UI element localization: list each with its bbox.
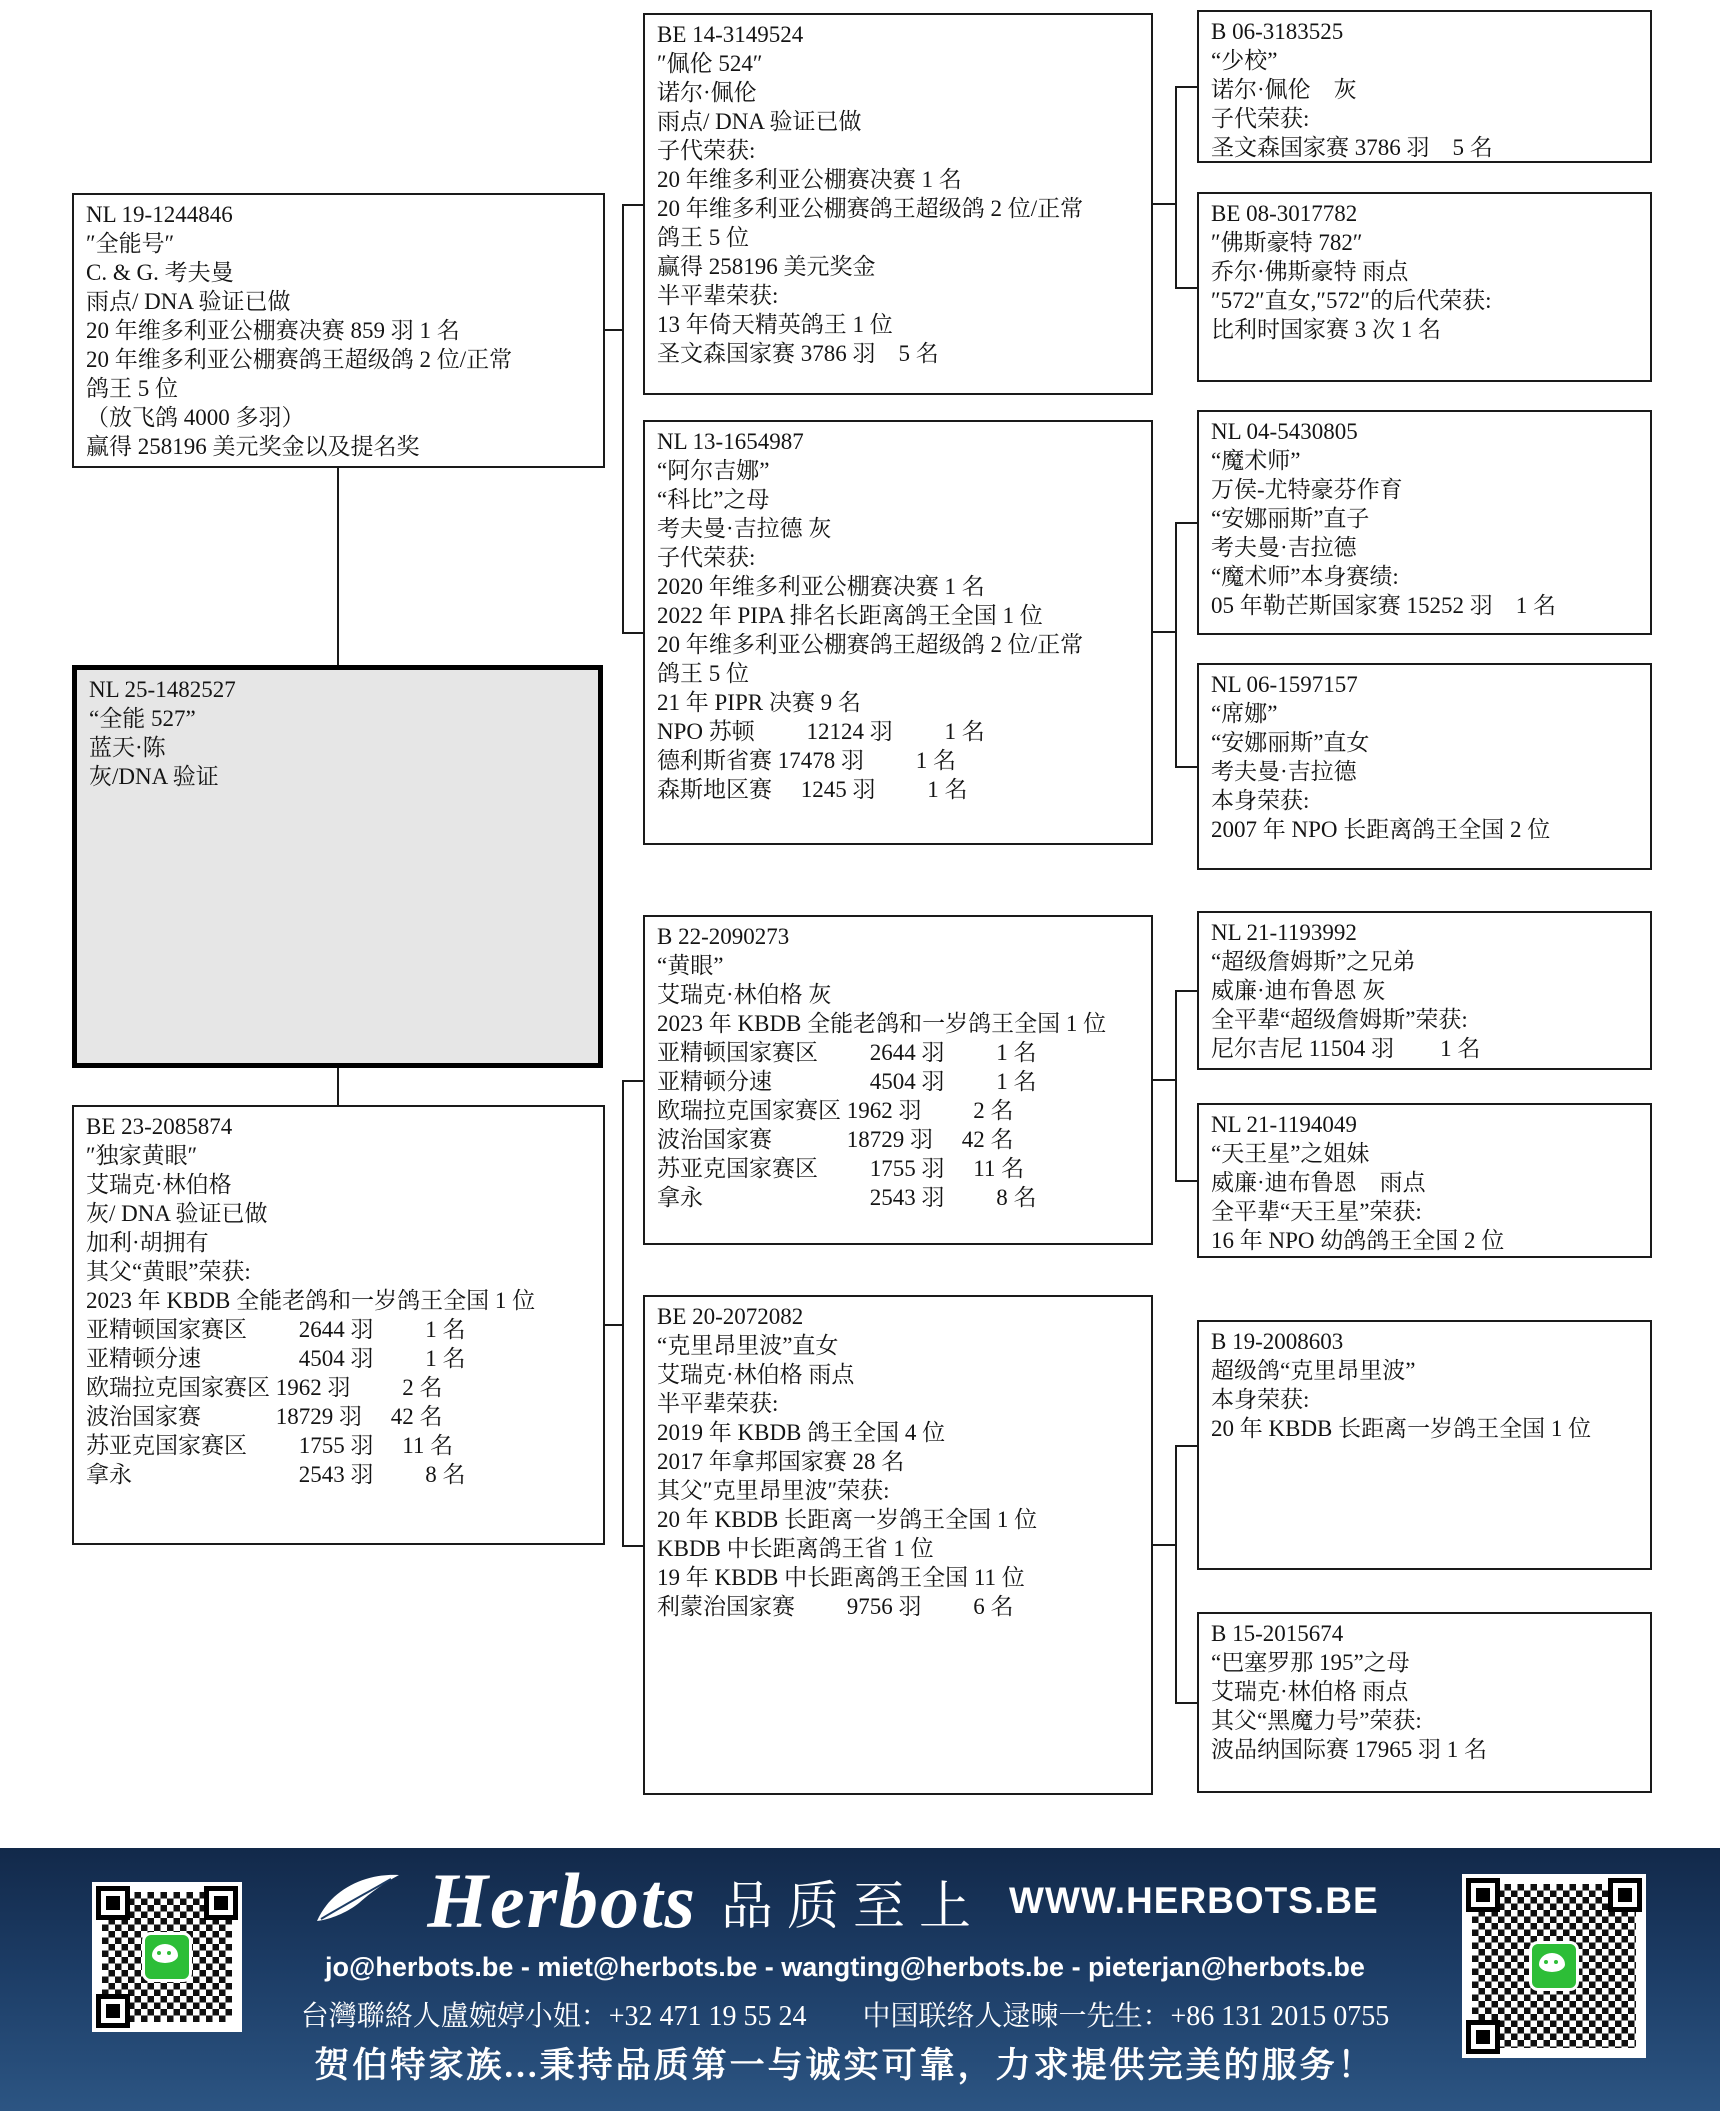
wechat-icon <box>142 1932 192 1982</box>
slogan-text: 品质至上 <box>721 1864 985 1939</box>
brand-row: Herbots 品质至上 WWW.HERBOTS.BE <box>250 1858 1440 1944</box>
text-line: 2020 年维多利亚公棚赛决赛 1 名 <box>657 572 1141 601</box>
connector-line <box>1175 990 1177 1182</box>
text-line: 2017 年拿邦国家赛 28 名 <box>657 1447 1141 1476</box>
text-line: 20 年 KBDB 长距离一岁鸽王全国 1 位 <box>657 1505 1141 1534</box>
chat-bubble-eye <box>157 1951 161 1955</box>
text-line: 2023 年 KBDB 全能老鸽和一岁鸽王全国 1 位 <box>86 1286 593 1315</box>
footer-banner: Herbots 品质至上 WWW.HERBOTS.BE jo@herbots.b… <box>0 1848 1720 2111</box>
text-line: 苏亚克国家赛区 1755 羽 11 名 <box>657 1154 1141 1183</box>
text-line: NL 06-1597157 <box>1211 670 1640 699</box>
pedigree-box-dam-be23-2085874: BE 23-2085874″独家黄眼″艾瑞克·林伯格灰/ DNA 验证已做加利·… <box>72 1105 605 1545</box>
text-line: B 22-2090273 <box>657 922 1141 951</box>
text-line: 2019 年 KBDB 鸽王全国 4 位 <box>657 1418 1141 1447</box>
text-line: BE 23-2085874 <box>86 1112 593 1141</box>
pedigree-box-nl04-5430805: NL 04-5430805“魔术师”万侯-尤特豪芬作育“安娜丽斯”直子考夫曼·吉… <box>1197 410 1652 635</box>
qr-code-left <box>92 1882 242 2032</box>
pedigree-box-nl06-1597157: NL 06-1597157“席娜”“安娜丽斯”直女考夫曼·吉拉德本身荣获:200… <box>1197 663 1652 870</box>
text-line: 苏亚克国家赛区 1755 羽 11 名 <box>86 1431 593 1460</box>
text-line: 亚精顿分速 4504 羽 1 名 <box>86 1344 593 1373</box>
text-line: 子代荣获: <box>1211 104 1640 133</box>
text-line: 赢得 258196 美元奖金以及提名奖 <box>86 432 593 461</box>
footer-tagline: 贺伯特家族...秉持品质第一与诚实可靠，力求提供完美的服务！ <box>250 2038 1440 2088</box>
pedigree-box-nl21-1194049: NL 21-1194049“天王星”之姐妹威廉·迪布鲁恩 雨点全平辈“天王星”荣… <box>1197 1103 1652 1258</box>
text-line: “克里昂里波”直女 <box>657 1331 1141 1360</box>
chat-bubble-eye <box>1554 1960 1558 1964</box>
text-line: 诺尔·佩伦 灰 <box>1211 75 1640 104</box>
text-line: NL 04-5430805 <box>1211 417 1640 446</box>
text-line: “全能 527” <box>89 704 588 733</box>
pedigree-box-sire-nl19-1244846: NL 19-1244846″全能号″C. & G. 考夫曼雨点/ DNA 验证已… <box>72 193 605 468</box>
connector-line <box>622 1080 624 1547</box>
text-line: NL 21-1193992 <box>1211 918 1640 947</box>
connector-line <box>1153 203 1175 205</box>
text-line: 21 年 PIPR 决赛 9 名 <box>657 688 1141 717</box>
connector-line <box>1153 631 1175 633</box>
text-line: 20 年维多利亚公棚赛鸽王超级鸽 2 位/正常 <box>86 345 593 374</box>
text-line: “安娜丽斯”直女 <box>1211 728 1640 757</box>
connector-line <box>1175 1445 1197 1447</box>
text-line: ″佛斯豪特 782″ <box>1211 228 1640 257</box>
qr-finder-icon <box>96 1886 130 1920</box>
text-line: NL 25-1482527 <box>89 675 588 704</box>
text-line: 19 年 KBDB 中长距离鸽王全国 11 位 <box>657 1563 1141 1592</box>
pedigree-box-b19-2008603: B 19-2008603超级鸽“克里昂里波”本身荣获:20 年 KBDB 长距离… <box>1197 1320 1652 1570</box>
text-line: 灰/DNA 验证 <box>89 762 588 791</box>
text-line: 尼尔吉尼 11504 羽 1 名 <box>1211 1034 1640 1063</box>
qr-code-right <box>1462 1874 1646 2058</box>
text-line: “魔术师” <box>1211 446 1640 475</box>
text-line: 20 年维多利亚公棚赛鸽王超级鸽 2 位/正常 <box>657 194 1141 223</box>
text-line: 雨点/ DNA 验证已做 <box>657 107 1141 136</box>
pedigree-box-subject-nl25-1482527: NL 25-1482527“全能 527”蓝天·陈灰/DNA 验证 <box>72 665 603 1068</box>
text-line: “席娜” <box>1211 699 1640 728</box>
footer-content: Herbots 品质至上 WWW.HERBOTS.BE jo@herbots.b… <box>250 1848 1440 2111</box>
text-line: 艾瑞克·林伯格 <box>86 1170 593 1199</box>
website-link[interactable]: WWW.HERBOTS.BE <box>1009 1880 1379 1922</box>
connector-line <box>1175 766 1197 768</box>
pedigree-box-b22-2090273: B 22-2090273“黄眼”艾瑞克·林伯格 灰2023 年 KBDB 全能老… <box>643 915 1153 1245</box>
text-line: 艾瑞克·林伯格 雨点 <box>657 1360 1141 1389</box>
text-line: 全平辈“超级詹姆斯”荣获: <box>1211 1005 1640 1034</box>
text-line: 波品纳国际赛 17965 羽 1 名 <box>1211 1735 1640 1764</box>
text-line: “魔术师”本身赛绩: <box>1211 562 1640 591</box>
pedigree-box-be08-3017782: BE 08-3017782″佛斯豪特 782″乔尔·佛斯豪特 雨点″572″直女… <box>1197 192 1652 382</box>
text-line: BE 08-3017782 <box>1211 199 1640 228</box>
qr-finder-icon <box>1466 1878 1500 1912</box>
text-line: 威廉·迪布鲁恩 雨点 <box>1211 1168 1640 1197</box>
text-line: 本身荣获: <box>1211 1385 1640 1414</box>
text-line: 利蒙治国家赛 9756 羽 6 名 <box>657 1592 1141 1621</box>
text-line: KBDB 中长距离鸽王省 1 位 <box>657 1534 1141 1563</box>
text-line: 20 年维多利亚公棚赛鸽王超级鸽 2 位/正常 <box>657 630 1141 659</box>
text-line: 雨点/ DNA 验证已做 <box>86 287 593 316</box>
connector-line <box>622 1545 643 1547</box>
connector-line <box>1175 287 1197 289</box>
text-line: 欧瑞拉克国家赛区 1962 羽 2 名 <box>86 1373 593 1402</box>
text-line: 20 年维多利亚公棚赛决赛 1 名 <box>657 165 1141 194</box>
text-line: 万侯-尤特豪芬作育 <box>1211 475 1640 504</box>
text-line: 拿永 2543 羽 8 名 <box>657 1183 1141 1212</box>
text-line: NL 13-1654987 <box>657 427 1141 456</box>
pedigree-box-nl13-1654987: NL 13-1654987“阿尔吉娜”“科比”之母考夫曼·吉拉德 灰子代荣获:2… <box>643 420 1153 845</box>
text-line: BE 20-2072082 <box>657 1302 1141 1331</box>
text-line: 2023 年 KBDB 全能老鸽和一岁鸽王全国 1 位 <box>657 1009 1141 1038</box>
text-line: 半平辈荣获: <box>657 281 1141 310</box>
qr-finder-icon <box>96 1994 130 2028</box>
text-line: 圣文森国家赛 3786 羽 5 名 <box>657 339 1141 368</box>
text-line: 考夫曼·吉拉德 <box>1211 533 1640 562</box>
herbots-logo: Herbots <box>427 1858 697 1944</box>
connector-line <box>1175 86 1177 289</box>
text-line: 子代荣获: <box>657 543 1141 572</box>
text-line: NL 19-1244846 <box>86 200 593 229</box>
text-line: 13 年倚天精英鸽王 1 位 <box>657 310 1141 339</box>
text-line: ″全能号″ <box>86 229 593 258</box>
text-line: “安娜丽斯”直子 <box>1211 504 1640 533</box>
feather-icon <box>311 1869 403 1933</box>
connector-line <box>1175 522 1177 768</box>
text-line: 艾瑞克·林伯格 灰 <box>657 980 1141 1009</box>
text-line: 鸽王 5 位 <box>86 374 593 403</box>
text-line: B 19-2008603 <box>1211 1327 1640 1356</box>
pedigree-box-be20-2072082: BE 20-2072082“克里昂里波”直女艾瑞克·林伯格 雨点半平辈荣获:20… <box>643 1295 1153 1795</box>
text-line: 波治国家赛 18729 羽 42 名 <box>657 1125 1141 1154</box>
pedigree-canvas: NL 19-1244846″全能号″C. & G. 考夫曼雨点/ DNA 验证已… <box>0 0 1720 2111</box>
text-line: 亚精顿国家赛区 2644 羽 1 名 <box>86 1315 593 1344</box>
text-line: 亚精顿国家赛区 2644 羽 1 名 <box>657 1038 1141 1067</box>
text-line: C. & G. 考夫曼 <box>86 258 593 287</box>
text-line: 赢得 258196 美元奖金 <box>657 252 1141 281</box>
wechat-icon <box>1529 1941 1579 1991</box>
text-line: 20 年维多利亚公棚赛决赛 859 羽 1 名 <box>86 316 593 345</box>
text-line: ″独家黄眼″ <box>86 1141 593 1170</box>
connector-line <box>337 1068 339 1105</box>
text-line: 考夫曼·吉拉德 灰 <box>657 514 1141 543</box>
text-line: （放飞鸽 4000 多羽） <box>86 403 593 432</box>
text-line: 本身荣获: <box>1211 786 1640 815</box>
pedigree-box-nl21-1193992: NL 21-1193992“超级詹姆斯”之兄弟威廉·迪布鲁恩 灰全平辈“超级詹姆… <box>1197 911 1652 1070</box>
text-line: 波治国家赛 18729 羽 42 名 <box>86 1402 593 1431</box>
qr-finder-icon <box>1466 2020 1500 2054</box>
pedigree-box-be14-3149524: BE 14-3149524″佩伦 524″诺尔·佩伦雨点/ DNA 验证已做子代… <box>643 13 1153 395</box>
text-line: 其父″克里昂里波″荣获: <box>657 1476 1141 1505</box>
connector-line <box>1175 1180 1197 1182</box>
qr-finder-icon <box>204 1886 238 1920</box>
text-line: 乔尔·佛斯豪特 雨点 <box>1211 257 1640 286</box>
text-line: “天王星”之姐妹 <box>1211 1139 1640 1168</box>
text-line: 亚精顿分速 4504 羽 1 名 <box>657 1067 1141 1096</box>
qr-finder-icon <box>1608 1878 1642 1912</box>
text-line: 20 年 KBDB 长距离一岁鸽王全国 1 位 <box>1211 1414 1640 1443</box>
text-line: 05 年勒芒斯国家赛 15252 羽 1 名 <box>1211 591 1640 620</box>
text-line: 灰/ DNA 验证已做 <box>86 1199 593 1228</box>
text-line: 2022 年 PIPA 排名长距离鸽王全国 1 位 <box>657 601 1141 630</box>
text-line: 鸽王 5 位 <box>657 223 1141 252</box>
pedigree-box-b15-2015674: B 15-2015674“巴塞罗那 195”之母艾瑞克·林伯格 雨点其父“黑魔力… <box>1197 1612 1652 1793</box>
contact-phones: 台灣聯絡人盧婉婷小姐：+32 471 19 55 24 中国联络人逯暕一先生：+… <box>250 1994 1440 2034</box>
chat-bubble-icon <box>1539 1953 1565 1972</box>
text-line: 圣文森国家赛 3786 羽 5 名 <box>1211 133 1640 162</box>
connector-line <box>622 204 643 206</box>
text-line: 考夫曼·吉拉德 <box>1211 757 1640 786</box>
connector-line <box>337 468 339 665</box>
text-line: “科比”之母 <box>657 485 1141 514</box>
text-line: 艾瑞克·林伯格 雨点 <box>1211 1677 1640 1706</box>
pedigree-box-b06-3183525: B 06-3183525“少校”诺尔·佩伦 灰子代荣获:圣文森国家赛 3786 … <box>1197 10 1652 163</box>
text-line: 比利时国家赛 3 次 1 名 <box>1211 315 1640 344</box>
text-line: 德利斯省赛 17478 羽 1 名 <box>657 746 1141 775</box>
text-line: “黄眼” <box>657 951 1141 980</box>
connector-line <box>1153 1544 1175 1546</box>
email-links[interactable]: jo@herbots.be - miet@herbots.be - wangti… <box>250 1952 1440 1983</box>
text-line: B 06-3183525 <box>1211 17 1640 46</box>
text-line: 半平辈荣获: <box>657 1389 1141 1418</box>
connector-line <box>1175 990 1197 992</box>
connector-line <box>1175 1702 1197 1704</box>
text-line: 拿永 2543 羽 8 名 <box>86 1460 593 1489</box>
text-line: 威廉·迪布鲁恩 灰 <box>1211 976 1640 1005</box>
text-line: 其父“黄眼”荣获: <box>86 1257 593 1286</box>
text-line: 鸽王 5 位 <box>657 659 1141 688</box>
text-line: “超级詹姆斯”之兄弟 <box>1211 947 1640 976</box>
text-line: NPO 苏顿 12124 羽 1 名 <box>657 717 1141 746</box>
connector-line <box>1175 522 1197 524</box>
text-line: NL 21-1194049 <box>1211 1110 1640 1139</box>
text-line: 森斯地区赛 1245 羽 1 名 <box>657 775 1141 804</box>
text-line: “巴塞罗那 195”之母 <box>1211 1648 1640 1677</box>
text-line: ″佩伦 524″ <box>657 49 1141 78</box>
text-line: “少校” <box>1211 46 1640 75</box>
text-line: 子代荣获: <box>657 136 1141 165</box>
text-line: 超级鸽“克里昂里波” <box>1211 1356 1640 1385</box>
connector-line <box>622 632 643 634</box>
connector-line <box>622 1080 643 1082</box>
text-line: 加利·胡拥有 <box>86 1228 593 1257</box>
text-line: 欧瑞拉克国家赛区 1962 羽 2 名 <box>657 1096 1141 1125</box>
text-line: 2007 年 NPO 长距离鸽王全国 2 位 <box>1211 815 1640 844</box>
connector-line <box>1153 1079 1175 1081</box>
chat-bubble-icon <box>152 1944 178 1963</box>
text-line: ″572″直女,″572″的后代荣获: <box>1211 286 1640 315</box>
text-line: B 15-2015674 <box>1211 1619 1640 1648</box>
text-line: 其父“黑魔力号”荣获: <box>1211 1706 1640 1735</box>
connector-line <box>622 204 624 634</box>
text-line: 16 年 NPO 幼鸽鸽王全国 2 位 <box>1211 1226 1640 1255</box>
connector-line <box>1175 1445 1177 1704</box>
text-line: 蓝天·陈 <box>89 733 588 762</box>
chat-bubble-eye <box>1544 1960 1548 1964</box>
connector-line <box>1175 86 1197 88</box>
text-line: BE 14-3149524 <box>657 20 1141 49</box>
chat-bubble-eye <box>167 1951 171 1955</box>
text-line: 全平辈“天王星”荣获: <box>1211 1197 1640 1226</box>
text-line: “阿尔吉娜” <box>657 456 1141 485</box>
text-line: 诺尔·佩伦 <box>657 78 1141 107</box>
